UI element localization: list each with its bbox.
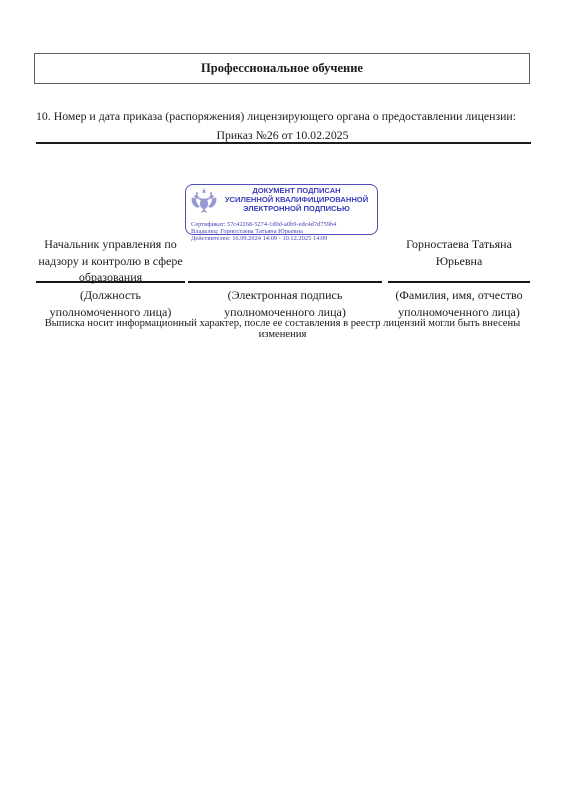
- caption-position: (Должность уполномоченного лица): [36, 287, 185, 320]
- stamp-top-row: ДОКУМЕНТ ПОДПИСАН УСИЛЕННОЙ КВАЛИФИЦИРОВ…: [190, 187, 373, 220]
- signer-name: Горностаева Татьяна Юрьевна: [388, 236, 530, 269]
- digital-signature-stamp: ДОКУМЕНТ ПОДПИСАН УСИЛЕННОЙ КВАЛИФИЦИРОВ…: [185, 184, 378, 235]
- stamp-title-line-3: ЭЛЕКТРОННОЙ ПОДПИСЬЮ: [220, 205, 373, 214]
- order-field-label: 10. Номер и дата приказа (распоряжения) …: [36, 109, 536, 124]
- stamp-certificate: Сертификат: 57c42268-5274-1d0d-a0b9-edc4…: [191, 221, 373, 228]
- informational-note: Выписка носит информационный характер, п…: [20, 318, 545, 340]
- document-page: Профессиональное обучение 10. Номер и да…: [0, 0, 565, 800]
- double-headed-eagle-icon: [190, 187, 220, 220]
- caption-name: (Фамилия, имя, отчество уполномоченного …: [388, 287, 530, 320]
- caption-esign: (Электронная подпись уполномоченного лиц…: [188, 287, 382, 320]
- signature-line-name: [388, 281, 530, 283]
- signature-line-position: [36, 281, 185, 283]
- section-header-box: Профессиональное обучение: [34, 53, 530, 84]
- order-field-value: Приказ №26 от 10.02.2025: [0, 128, 565, 143]
- section-header-title: Профессиональное обучение: [201, 61, 363, 76]
- stamp-validity: Действителен: 16.09.2024 14:09 - 10.12.2…: [191, 235, 373, 242]
- stamp-owner: Владелец: Горностаева Татьяна Юрьевна: [191, 228, 373, 235]
- stamp-title-block: ДОКУМЕНТ ПОДПИСАН УСИЛЕННОЙ КВАЛИФИЦИРОВ…: [220, 187, 373, 213]
- stamp-details-block: Сертификат: 57c42268-5274-1d0d-a0b9-edc4…: [191, 221, 373, 242]
- signer-position: Начальник управления по надзору и контро…: [34, 236, 187, 286]
- signature-line-esign: [188, 281, 382, 283]
- horizontal-rule: [36, 142, 531, 144]
